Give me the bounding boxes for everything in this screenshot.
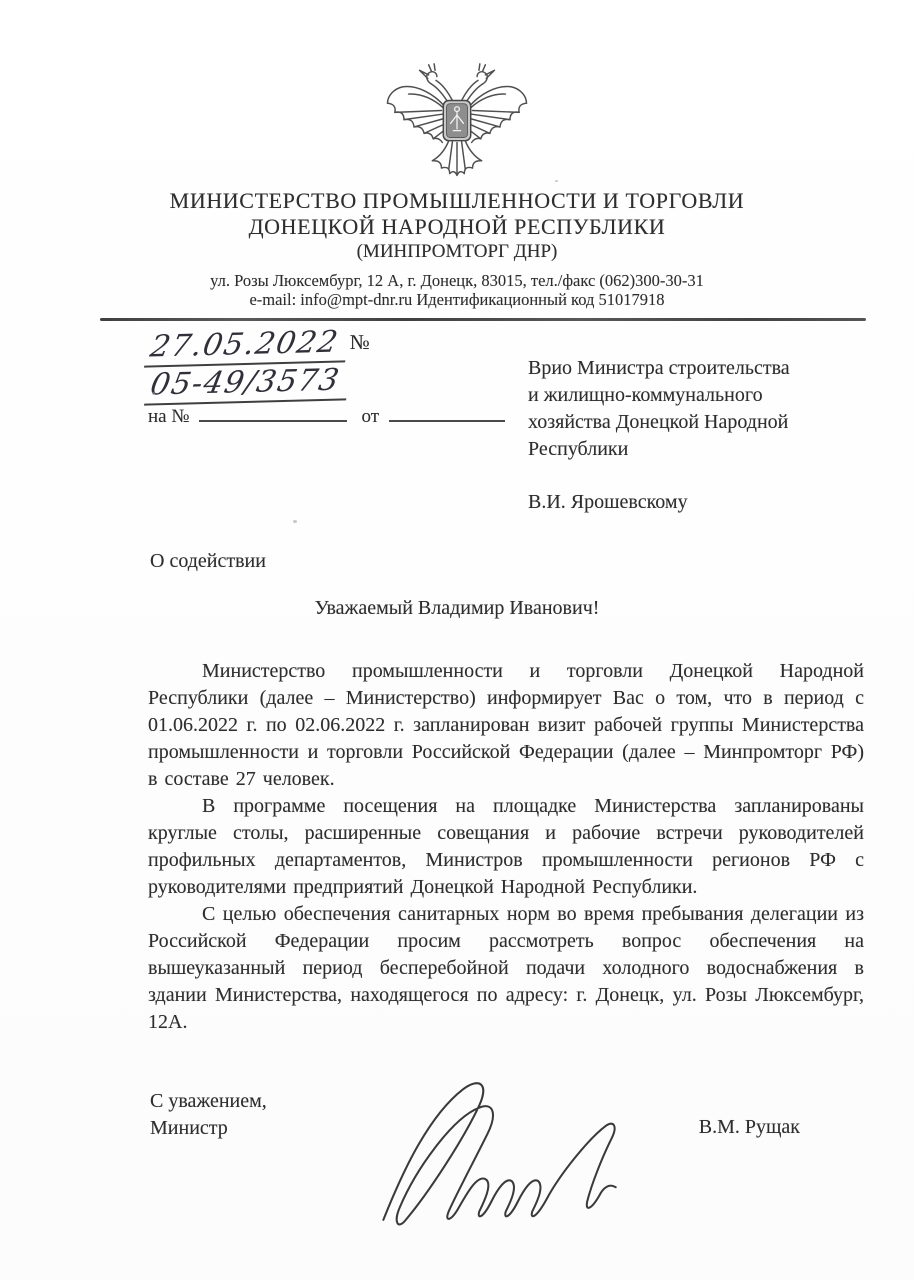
scan-speck (152, 392, 155, 395)
recipient-line: Республики (528, 436, 858, 463)
reply-date-blank (389, 407, 505, 422)
salutation-line: Уважаемый Владимир Иванович! (0, 597, 914, 620)
letter-body: Министерство промышленности и торговли Д… (148, 658, 864, 1036)
outgoing-date-number-line: 27.05.2022№05-49/3573 (148, 327, 528, 403)
reply-number-blank (199, 407, 347, 422)
letterhead: МИНИСТЕРСТВО ПРОМЫШЛЕННОСТИ И ТОРГОВЛИ Д… (0, 188, 914, 264)
scan-speck (555, 180, 558, 182)
coat-of-arms-icon (379, 52, 535, 180)
scanned-letter-page: МИНИСТЕРСТВО ПРОМЫШЛЕННОСТИ И ТОРГОВЛИ Д… (0, 0, 914, 1280)
org-name-line2: ДОНЕЦКОЙ НАРОДНОЙ РЕСПУБЛИКИ (0, 214, 914, 240)
org-short-name: (МИНПРОМТОРГ ДНР) (0, 240, 914, 264)
handwritten-date: 27.05.2022 (144, 324, 352, 367)
letterhead-contacts: ул. Розы Люксембург, 12 А, г. Донецк, 83… (0, 271, 914, 309)
signer-name: В.М. Рущак (699, 1116, 800, 1139)
body-paragraph: Министерство промышленности и торговли Д… (148, 658, 864, 793)
outgoing-reference-block: 27.05.2022№05-49/3573 на №от (148, 327, 528, 516)
handwritten-number: 05-49/3573 (144, 362, 353, 405)
reply-from-label: от (361, 406, 379, 427)
scan-speck (293, 520, 297, 523)
body-paragraph: В программе посещения на площадке Минист… (148, 793, 864, 901)
org-name-line1: МИНИСТЕРСТВО ПРОМЫШЛЕННОСТИ И ТОРГОВЛИ (0, 188, 914, 214)
recipient-block: Врио Министра строительства и жилищно-ко… (528, 327, 858, 516)
signature-block: С уважением, Министр В.М. Рущак (150, 1088, 914, 1258)
subject-line: О содействии (150, 550, 862, 573)
recipient-line: Врио Министра строительства (528, 355, 858, 382)
recipient-line: хозяйства Донецкой Народной (528, 409, 858, 436)
reply-prefix-label: на № (148, 406, 189, 427)
reply-reference-line: на №от (148, 406, 528, 428)
recipient-line: и жилищно-коммунального (528, 382, 858, 409)
handwritten-signature-icon (365, 1066, 630, 1231)
org-address: ул. Розы Люксембург, 12 А, г. Донецк, 83… (0, 271, 914, 290)
body-paragraph: С целью обеспечения санитарных норм во в… (148, 901, 864, 1036)
letterhead-divider (100, 318, 866, 321)
recipient-name: В.И. Ярошевскому (528, 489, 858, 516)
number-sign: № (350, 330, 370, 354)
org-email-id: e-mail: info@mpt-dnr.ru Идентификационны… (0, 290, 914, 309)
